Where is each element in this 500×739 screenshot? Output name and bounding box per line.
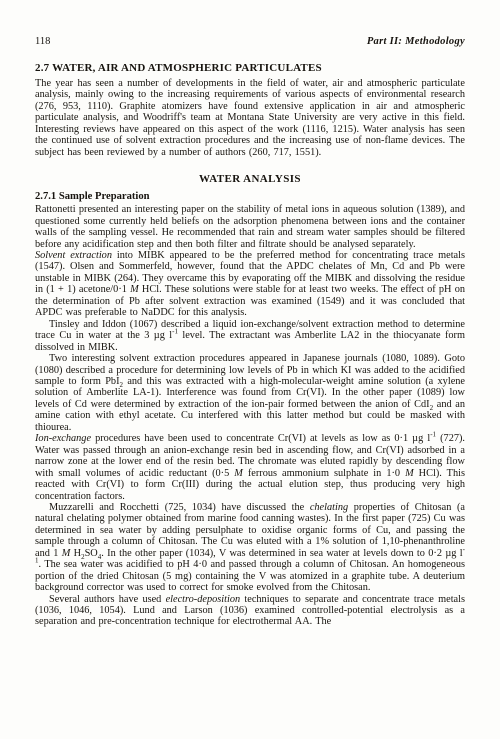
italic-text-segment: M: [130, 284, 139, 295]
italic-text-segment: Solvent extraction: [35, 250, 112, 261]
text-segment: The year has seen a number of developmen…: [35, 78, 465, 158]
document-page: 118 Part II: Methodology 2.7 WATER, AIR …: [0, 0, 500, 739]
text-segment: procedures have been used to concentrate…: [91, 433, 430, 444]
page-number: 118: [35, 36, 50, 47]
paragraph: The year has seen a number of developmen…: [35, 78, 465, 158]
page-header: 118 Part II: Methodology: [35, 36, 465, 47]
text-segment: H: [70, 548, 81, 559]
water-analysis-heading: WATER ANALYSIS: [35, 173, 465, 185]
italic-text-segment: M: [234, 468, 243, 479]
paragraph: Muzzarelli and Rocchetti (725, 1034) hav…: [35, 502, 465, 594]
italic-text-segment: M: [405, 468, 414, 479]
paragraph: Solvent extraction into MIBK appeared to…: [35, 250, 465, 319]
paragraph: Tinsley and Iddon (1067) described a liq…: [35, 319, 465, 353]
italic-text-segment: M: [62, 548, 71, 559]
italic-text-segment: electro-deposition: [166, 594, 241, 605]
text-segment: ferrous ammonium sulphate in 1·0: [243, 468, 405, 479]
running-title: Part II: Methodology: [367, 36, 465, 47]
text-segment: Several authors have used: [49, 594, 166, 605]
paragraph: Several authors have used electro-deposi…: [35, 594, 465, 628]
paragraph: Rattonetti presented an interesting pape…: [35, 204, 465, 250]
paragraph: Ion-exchange procedures have been used t…: [35, 433, 465, 502]
body-text: 2.7 WATER, AIR AND ATMOSPHERIC PARTICULA…: [35, 62, 465, 628]
section-heading: 2.7 WATER, AIR AND ATMOSPHERIC PARTICULA…: [35, 62, 465, 74]
italic-text-segment: chelating: [310, 502, 348, 513]
text-segment: . In the other paper (1034), V was deter…: [101, 548, 462, 559]
paragraph: Two interesting solvent extraction proce…: [35, 353, 465, 433]
text-segment: Muzzarelli and Rocchetti (725, 1034) hav…: [49, 502, 310, 513]
subsection-heading: 2.7.1 Sample Preparation: [35, 191, 465, 202]
text-segment: SO: [85, 548, 98, 559]
italic-text-segment: Ion-exchange: [35, 433, 91, 444]
text-segment: . The sea water was acidified to pH 4·0 …: [35, 559, 465, 593]
text-segment: Rattonetti presented an interesting pape…: [35, 204, 465, 249]
